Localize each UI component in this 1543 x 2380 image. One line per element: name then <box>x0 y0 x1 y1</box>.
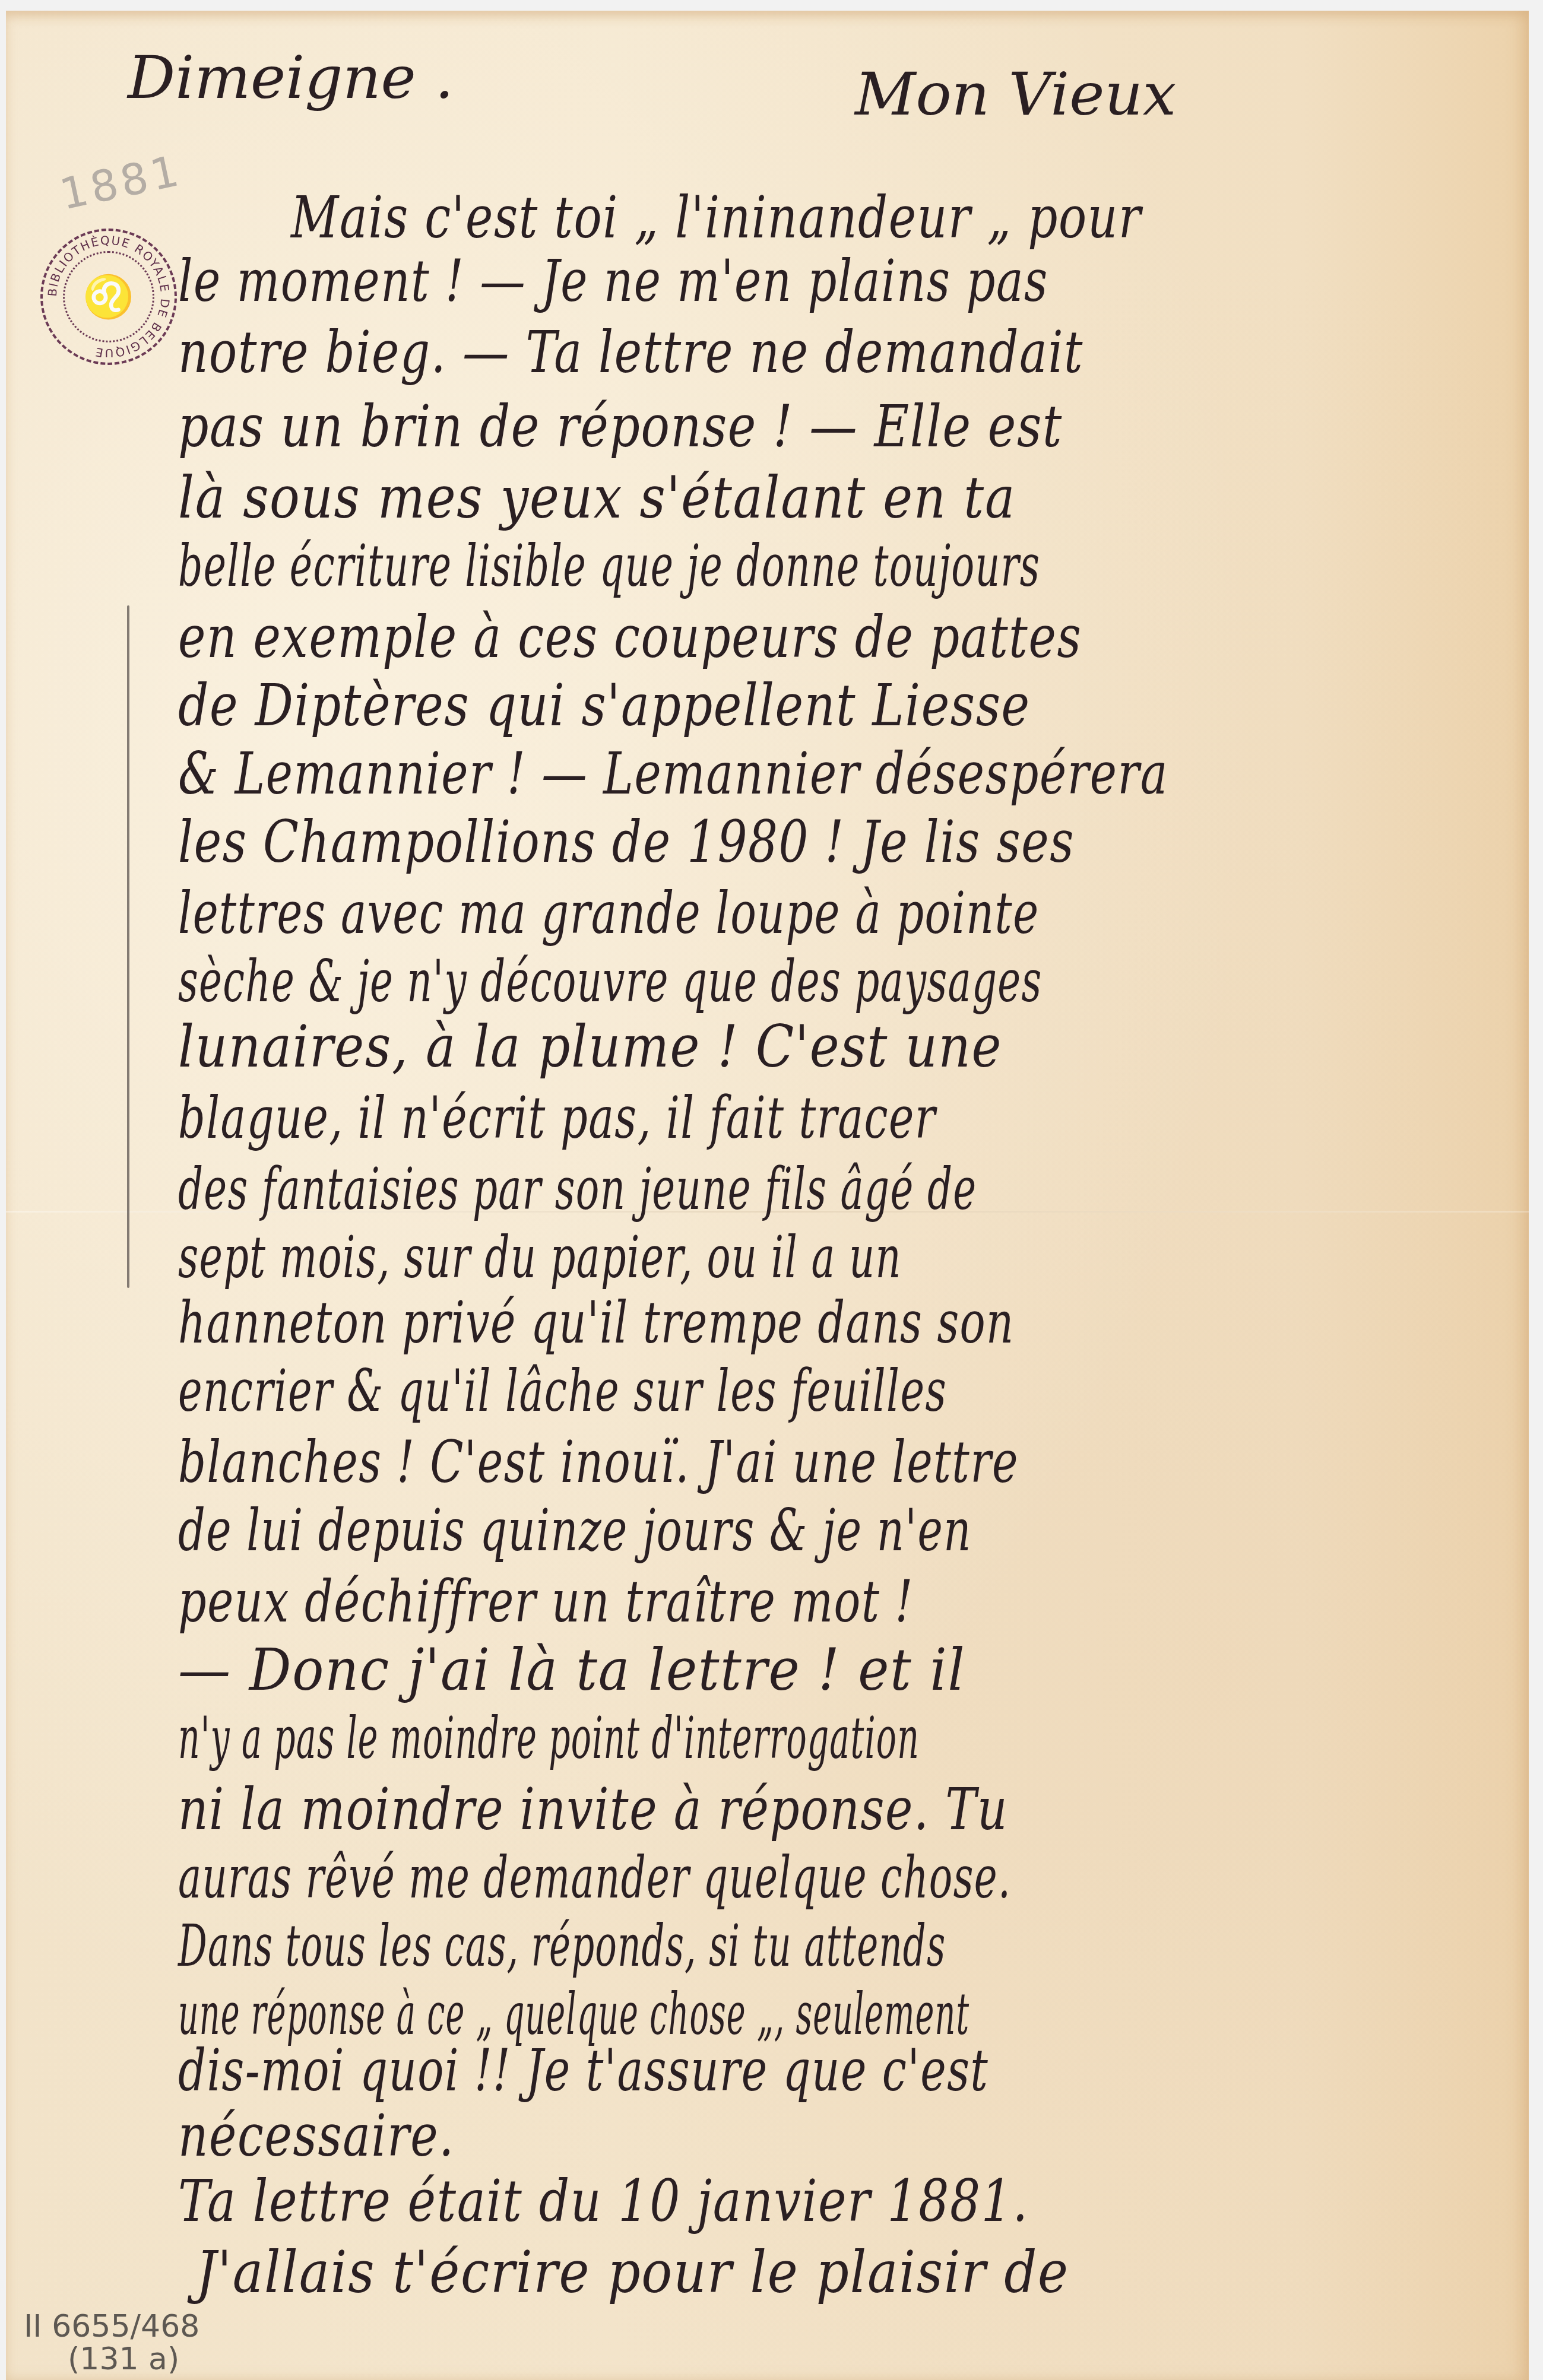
lion-emblem-icon: ♌ <box>63 251 154 342</box>
body-line: blague, il n'écrit pas, il fait tracer <box>178 1089 936 1147</box>
body-line: les Champollions de 1980 ! Je lis ses <box>178 813 1075 871</box>
body-line: Ta lettre était du 10 janvier 1881. <box>178 2172 1029 2230</box>
body-line: des fantaisies par son jeune fils âgé de <box>178 1160 977 1218</box>
body-line: belle écriture lisible que je donne touj… <box>178 537 1040 595</box>
body-line: lettres avec ma grande loupe à pointe <box>178 884 1040 943</box>
body-line: — Donc j'ai là ta lettre ! et il <box>178 1641 965 1699</box>
body-line: n'y a pas le moindre point d'interrogati… <box>178 1709 920 1767</box>
body-line: sèche & je n'y découvre que des paysages <box>178 953 1043 1011</box>
body-line: une réponse à ce „ quelque chose „, seul… <box>178 1985 969 2043</box>
body-line: en exemple à ces coupeurs de pattes <box>178 608 1082 667</box>
body-line: dis-moi quoi !! Je t'assure que c'est <box>178 2042 988 2100</box>
body-line: Mais c'est toi „ l'ininandeur „ pour <box>291 189 1142 247</box>
body-line: auras rêvé me demander quelque chose. <box>178 1849 1011 1907</box>
body-line: nécessaire. <box>178 2107 455 2165</box>
body-line: blanches ! C'est inouï. J'ai une lettre <box>178 1433 1019 1492</box>
shelfmark-number: II 6655/468 <box>24 2309 199 2344</box>
body-line: J'allais t'écrire pour le plaisir de <box>196 2243 1069 2302</box>
body-line: ni la moindre invite à réponse. Tu <box>178 1781 1008 1839</box>
body-line: le moment ! — Je ne m'en plains pas <box>178 252 1048 310</box>
body-line: Dans tous les cas, réponds, si tu attend… <box>178 1917 946 1975</box>
shelfmark-annotation: II 6655/468 (131 a) <box>24 2311 199 2375</box>
body-line: encrier & qu'il lâche sur les feuilles <box>178 1362 947 1420</box>
body-line: de Diptères qui s'appellent Liesse <box>178 677 1031 735</box>
body-line: pas un brin de réponse ! — Elle est <box>178 398 1063 456</box>
body-line: là sous mes yeux s'étalant en ta <box>178 469 1016 527</box>
library-stamp: BIBLIOTHÈQUE ROYALE DE BELGIQUE ♌ <box>40 229 177 365</box>
body-line: hanneton privé qu'il trempe dans son <box>178 1294 1015 1352</box>
letter-place: Dimeigne . <box>128 43 454 112</box>
body-line: lunaires, à la plume ! C'est une <box>178 1018 1002 1076</box>
body-line: peux déchiffrer un traître mot ! <box>178 1573 914 1631</box>
letter-salutation: Mon Vieux <box>855 59 1176 129</box>
pencil-margin-line <box>127 605 129 1288</box>
body-line: de lui depuis quinze jours & je n'en <box>178 1502 972 1560</box>
shelfmark-folio: (131 a) <box>24 2343 199 2376</box>
body-line: & Lemannier ! — Lemannier désespérera <box>178 745 1168 803</box>
body-line: notre bieg. — Ta lettre ne demandait <box>178 323 1083 382</box>
body-line: sept mois, sur du papier, ou il a un <box>178 1229 902 1287</box>
